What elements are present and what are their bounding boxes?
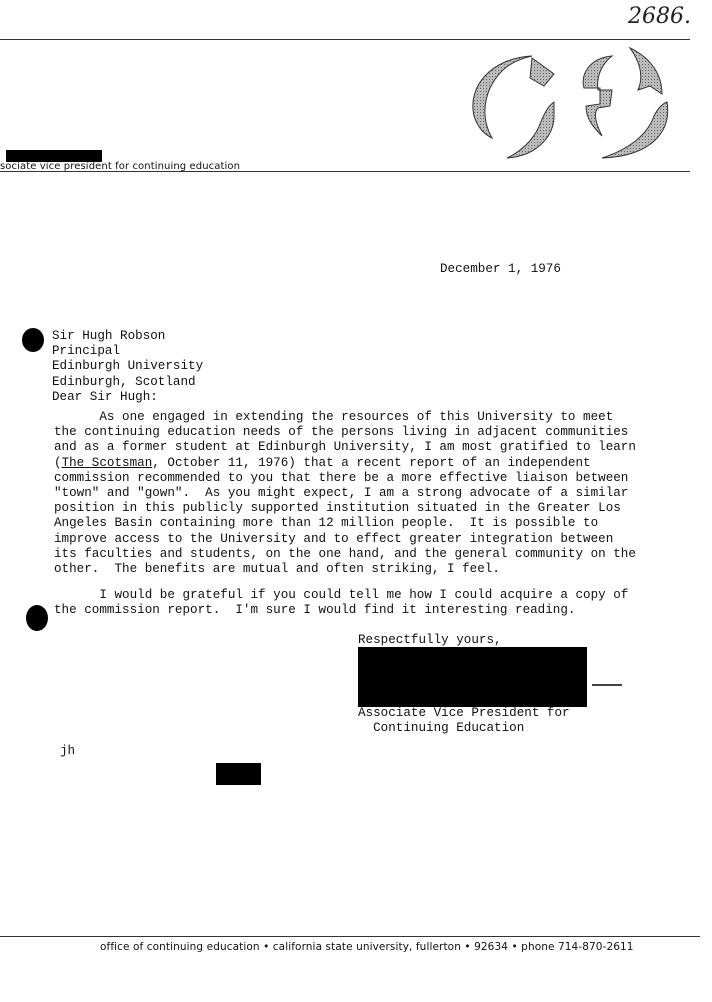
paragraph-line: As one engaged in extending the resource… (54, 410, 636, 425)
handwritten-file-number: 2686. (628, 4, 691, 29)
paragraph-line: "town" and "gown". As you might expect, … (54, 486, 636, 501)
recipient-institution: Edinburgh University (52, 359, 203, 374)
paragraph-line: the continuing education needs of the pe… (54, 425, 636, 440)
letterhead-rule (0, 171, 690, 172)
signer-title-line: Continuing Education (358, 721, 570, 736)
footer-rule (0, 936, 700, 937)
hole-punch-mark (22, 328, 44, 352)
signer-title: Associate Vice President for Continuing … (358, 706, 570, 736)
cso-logo-icon (462, 46, 692, 164)
salutation: Dear Sir Hugh: (52, 390, 203, 405)
hole-punch-mark (26, 605, 48, 631)
signer-title-line: Associate Vice President for (358, 706, 570, 721)
paragraph-line: I would be grateful if you could tell me… (54, 588, 628, 603)
paragraph-line: position in this publicly supported inst… (54, 501, 636, 516)
publication-name: The Scotsman (62, 456, 153, 470)
typist-initials: jh (60, 744, 75, 759)
paragraph-line: other. The benefits are mutual and often… (54, 562, 636, 577)
paragraph-line: the commission report. I'm sure I would … (54, 603, 628, 618)
citation-rest: , October 11, 1976) that a recent report… (152, 456, 590, 470)
top-rule (0, 39, 690, 40)
redacted-signature (358, 647, 587, 707)
paragraph-line: improve access to the University and to … (54, 532, 636, 547)
paragraph-line: Angeles Basin containing more than 12 mi… (54, 516, 636, 531)
paragraph-line-citation: (The Scotsman, October 11, 1976) that a … (54, 456, 636, 471)
paren-open: ( (54, 456, 62, 470)
recipient-location: Edinburgh, Scotland (52, 375, 203, 390)
paragraph-line: and as a former student at Edinburgh Uni… (54, 440, 636, 455)
paragraph-line: its faculties and students, on the one h… (54, 547, 636, 562)
recipient-name: Sir Hugh Robson (52, 329, 203, 344)
body-paragraph-1: As one engaged in extending the resource… (54, 410, 636, 577)
recipient-title: Principal (52, 344, 203, 359)
letterhead-footer: office of continuing education • califor… (100, 941, 634, 953)
paragraph-line: commission recommended to you that there… (54, 471, 636, 486)
redacted-block (216, 763, 261, 785)
body-paragraph-2: I would be grateful if you could tell me… (54, 588, 628, 618)
recipient-address: Sir Hugh Robson Principal Edinburgh Univ… (52, 329, 203, 405)
closing: Respectfully yours, (358, 633, 502, 648)
letter-date: December 1, 1976 (440, 262, 561, 277)
pen-stroke-mark (592, 684, 622, 686)
